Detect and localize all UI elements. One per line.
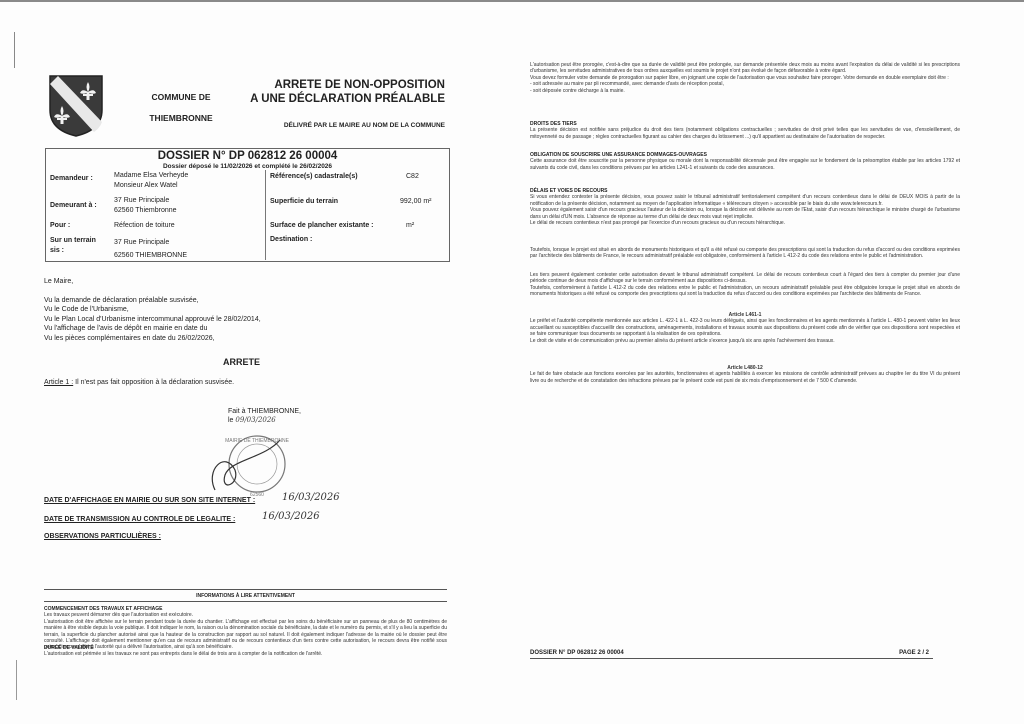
paragraph: Le droit de visite et de communication p… — [530, 338, 960, 344]
cadastre-value: C82 — [406, 172, 419, 182]
tiers-recours-section: Les tiers peuvent également contester ce… — [530, 272, 960, 298]
dossier-number: DOSSIER N° DP 062812 26 00004 — [46, 150, 449, 162]
terrain-1: 37 Rue Principale — [114, 236, 187, 249]
demandeur-value: Madame Elsa Verheyde Monsieur Alex Watel — [114, 171, 188, 191]
pour-label: Pour : — [50, 221, 70, 231]
abf-section: Toutefois, lorsque le projet est situé e… — [530, 247, 960, 260]
le-maire: Le Maire, — [44, 277, 261, 287]
document-title: ARRETE DE NON-OPPOSITION A UNE DÉCLARATI… — [230, 78, 445, 106]
signature-date: 09/03/2026 — [235, 416, 275, 424]
recours-section: DÉLAIS ET VOIES DE RECOURS Si vous enten… — [530, 188, 960, 226]
paragraph: La présente décision est notifiée sans p… — [530, 127, 960, 140]
page-number: PAGE 2 / 2 — [899, 650, 929, 656]
superficie-value: 992,00 m² — [400, 197, 432, 207]
plancher-label: Surface de plancher existante : — [270, 221, 373, 231]
article-1-label: Article 1 : — [44, 379, 73, 386]
arrete-heading: ARRETE — [223, 357, 260, 367]
paragraph: L'autorisation est périmée si les travau… — [44, 651, 447, 657]
superficie-label: Superficie du terrain — [270, 197, 338, 207]
vu-line: Vu la demande de déclaration préalable s… — [44, 296, 261, 306]
transmission-label: DATE DE TRANSMISSION AU CONTROLE DE LEGA… — [44, 516, 235, 523]
assurance-section: OBLIGATION DE SOUSCRIRE UNE ASSURANCE DO… — [530, 152, 960, 171]
dossier-box: DOSSIER N° DP 062812 26 00004 Dossier dé… — [45, 148, 450, 262]
article-l461-section: Article L461-1 Le préfet et l'autorité c… — [530, 312, 960, 344]
article-1-text: Il n'est pas fait opposition à la déclar… — [73, 379, 234, 386]
demandeur-label: Demandeur : — [50, 174, 93, 184]
paragraph: Vous pouvez également saisir d'un recour… — [530, 207, 960, 220]
svg-text:MAIRIE DE THIEMBRONNE: MAIRIE DE THIEMBRONNE — [225, 438, 289, 444]
fait-a: Fait à THIEMBRONNE, — [228, 407, 301, 416]
pour-value: Réfection de toiture — [114, 221, 175, 231]
paragraph: Les tiers peuvent également contester ce… — [530, 272, 960, 285]
page-2: L'autorisation peut être prorogée, c'est… — [530, 60, 975, 680]
plancher-value: m² — [406, 221, 414, 231]
signature-block: Fait à THIEMBRONNE, le 09/03/2026 — [228, 407, 301, 425]
divider — [44, 601, 447, 602]
affichage-label: DATE D'AFFICHAGE EN MAIRIE OU SUR SON SI… — [44, 497, 255, 504]
demeurant-label: Demeurant à : — [50, 201, 97, 211]
vu-line: Vu le Plan Local d'Urbanisme intercommun… — [44, 315, 261, 325]
page-1: COMMUNE DE THIEMBRONNE ARRETE DE NON-OPP… — [40, 60, 480, 680]
transmission-date: 16/03/2026 — [262, 511, 320, 522]
affichage-date: 16/03/2026 — [282, 492, 340, 503]
demeurant-value: 37 Rue Principale 62560 Thiembronne — [114, 196, 177, 216]
scan-left-edge — [14, 32, 15, 68]
terrain-label-2: sis : — [50, 246, 96, 256]
vu-line: Vu l'affichage de l'avis de dépôt en mai… — [44, 324, 261, 334]
paragraph: Le délai de recours contentieux n'est pa… — [530, 220, 960, 226]
terrain-value: 37 Rue Principale 62560 THIEMBRONNE — [114, 236, 187, 262]
demeurant-2: 62560 Thiembronne — [114, 206, 177, 216]
article-l480-section: Article L480-12 Le fait de faire obstacl… — [530, 365, 960, 384]
mairie-stamp-icon: 62560 MAIRIE DE THIEMBRONNE — [205, 430, 295, 500]
coat-of-arms-icon — [48, 74, 104, 138]
demeurant-1: 37 Rue Principale — [114, 196, 177, 206]
bullet: - soit déposée contre décharge à la mair… — [530, 88, 960, 94]
scan-left-edge — [16, 660, 17, 700]
tiers-section: DROITS DES TIERS La présente décision es… — [530, 121, 960, 140]
demandeur-2: Monsieur Alex Watel — [114, 181, 188, 191]
title-line-2: A UNE DÉCLARATION PRÉALABLE — [230, 92, 445, 106]
title-line-1: ARRETE DE NON-OPPOSITION — [230, 78, 445, 92]
footer-dossier: DOSSIER N° DP 062812 26 00004 — [530, 650, 624, 656]
paragraph: L'autorisation peut être prorogée, c'est… — [530, 62, 960, 75]
vu-line: Vu les pièces complémentaires en date du… — [44, 334, 261, 344]
scan-top-edge — [0, 0, 1024, 2]
paragraph: Le préfet et l'autorité compétente menti… — [530, 318, 960, 337]
destination-label: Destination : — [270, 235, 312, 245]
page-footer: DOSSIER N° DP 062812 26 00004 PAGE 2 / 2 — [530, 650, 933, 659]
divider — [265, 170, 266, 260]
demandeur-1: Madame Elsa Verheyde — [114, 171, 188, 181]
document-subtitle: DÉLIVRÉ PAR LE MAIRE AU NOM DE LA COMMUN… — [210, 122, 445, 129]
info-title: INFORMATIONS À LIRE ATTENTIVEMENT — [44, 593, 447, 599]
observations-label: OBSERVATIONS PARTICULIÈRES : — [44, 533, 161, 540]
terrain-label-1: Sur un terrain — [50, 236, 96, 246]
prorogation-section: L'autorisation peut être prorogée, c'est… — [530, 62, 960, 94]
article-1: Article 1 : Il n'est pas fait opposition… — [44, 379, 234, 386]
signature-date-line: le 09/03/2026 — [228, 416, 301, 425]
paragraph: Si vous entendez contester la présente d… — [530, 194, 960, 207]
paragraph: Toutefois, lorsque le projet est situé e… — [530, 247, 960, 260]
considerants: Le Maire, Vu la demande de déclaration p… — [44, 277, 261, 343]
divider — [44, 589, 447, 590]
paragraph: Toutefois, conformément à l'article L 41… — [530, 285, 960, 298]
vu-line: Vu le Code de l'Urbanisme, — [44, 305, 261, 315]
terrain-2: 62560 THIEMBRONNE — [114, 249, 187, 262]
validite-section: DURÉE DE VALIDITÉ L'autorisation est pér… — [44, 645, 447, 658]
paragraph: Le fait de faire obstacle aux fonctions … — [530, 371, 960, 384]
terrain-label: Sur un terrain sis : — [50, 236, 96, 256]
commune-label: COMMUNE DE — [136, 87, 226, 108]
dossier-dates: Dossier déposé le 11/02/2026 et complété… — [46, 163, 449, 170]
paragraph: Cette assurance doit être souscrite par … — [530, 158, 960, 171]
cadastre-label: Référence(s) cadastrale(s) — [270, 172, 358, 182]
le-label: le — [228, 417, 233, 424]
